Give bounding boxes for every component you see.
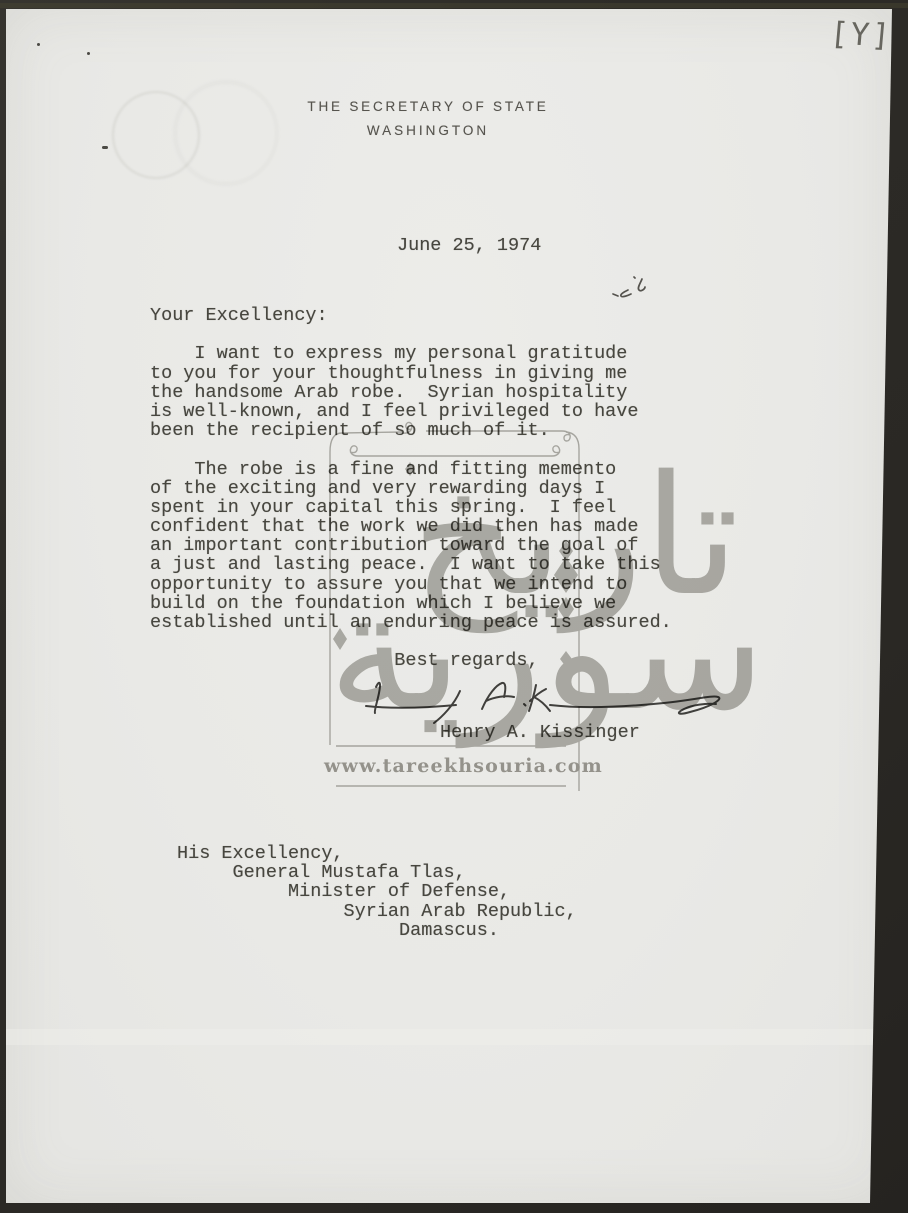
letter-date: June 25, 1974 bbox=[397, 235, 541, 256]
ink-speck bbox=[102, 146, 108, 149]
letter-page: [Y] THE SECRETARY OF STATE WASHINGTON Ju… bbox=[6, 9, 892, 1203]
address-line: Syrian Arab Republic, bbox=[177, 902, 577, 921]
letter-body: Your Excellency: I want to express my pe… bbox=[150, 306, 672, 671]
address-line: His Excellency, bbox=[177, 844, 577, 863]
ink-speck bbox=[87, 52, 90, 55]
letter-line: Your Excellency: bbox=[150, 306, 672, 325]
scanned-letter-screenshot: { "page": { "corner_annotation": "[Y]", … bbox=[0, 0, 908, 1213]
letter-line: of the exciting and very rewarding days … bbox=[150, 479, 672, 498]
letterhead: THE SECRETARY OF STATE WASHINGTON bbox=[298, 99, 558, 138]
recipient-address-block: His Excellency, General Mustafa Tlas, Mi… bbox=[177, 844, 577, 940]
faint-stamp-circle-2 bbox=[174, 81, 278, 185]
letter-line: a just and lasting peace. I want to take… bbox=[150, 555, 672, 574]
letter-line bbox=[150, 440, 672, 459]
letter-line: confident that the work we did then has … bbox=[150, 517, 672, 536]
address-line: Damascus. bbox=[177, 921, 577, 940]
letter-line bbox=[150, 325, 672, 344]
ink-speck bbox=[37, 43, 40, 46]
handwritten-corner-annotation: [Y] bbox=[828, 16, 893, 54]
watermark-url: www.tareekhsouria.com bbox=[324, 755, 590, 777]
letter-line: established until an enduring peace is a… bbox=[150, 613, 672, 632]
letter-line: I want to express my personal gratitude bbox=[150, 344, 672, 363]
signature-typed-name: Henry A. Kissinger bbox=[440, 722, 640, 743]
letterhead-office: THE SECRETARY OF STATE bbox=[298, 99, 558, 114]
letter-line: to you for your thoughtfulness in giving… bbox=[150, 364, 672, 383]
letter-line: build on the foundation which I believe … bbox=[150, 594, 672, 613]
letter-line: the handsome Arab robe. Syrian hospitali… bbox=[150, 383, 672, 402]
letter-line: is well-known, and I feel privileged to … bbox=[150, 402, 672, 421]
address-line: General Mustafa Tlas, bbox=[177, 863, 577, 882]
letter-line: The robe is a fine and fitting memento bbox=[150, 460, 672, 479]
letter-line: spent in your capital this spring. I fee… bbox=[150, 498, 672, 517]
letter-line: an important contribution toward the goa… bbox=[150, 536, 672, 555]
handwritten-mark bbox=[604, 273, 650, 303]
scan-artifact-band bbox=[6, 1029, 892, 1045]
letter-line bbox=[150, 632, 672, 651]
scan-edge-strip bbox=[0, 3, 908, 8]
letterhead-city: WASHINGTON bbox=[298, 123, 558, 138]
letter-line: been the recipient of so much of it. bbox=[150, 421, 672, 440]
letter-line: opportunity to assure you that we intend… bbox=[150, 575, 672, 594]
address-line: Minister of Defense, bbox=[177, 882, 577, 901]
